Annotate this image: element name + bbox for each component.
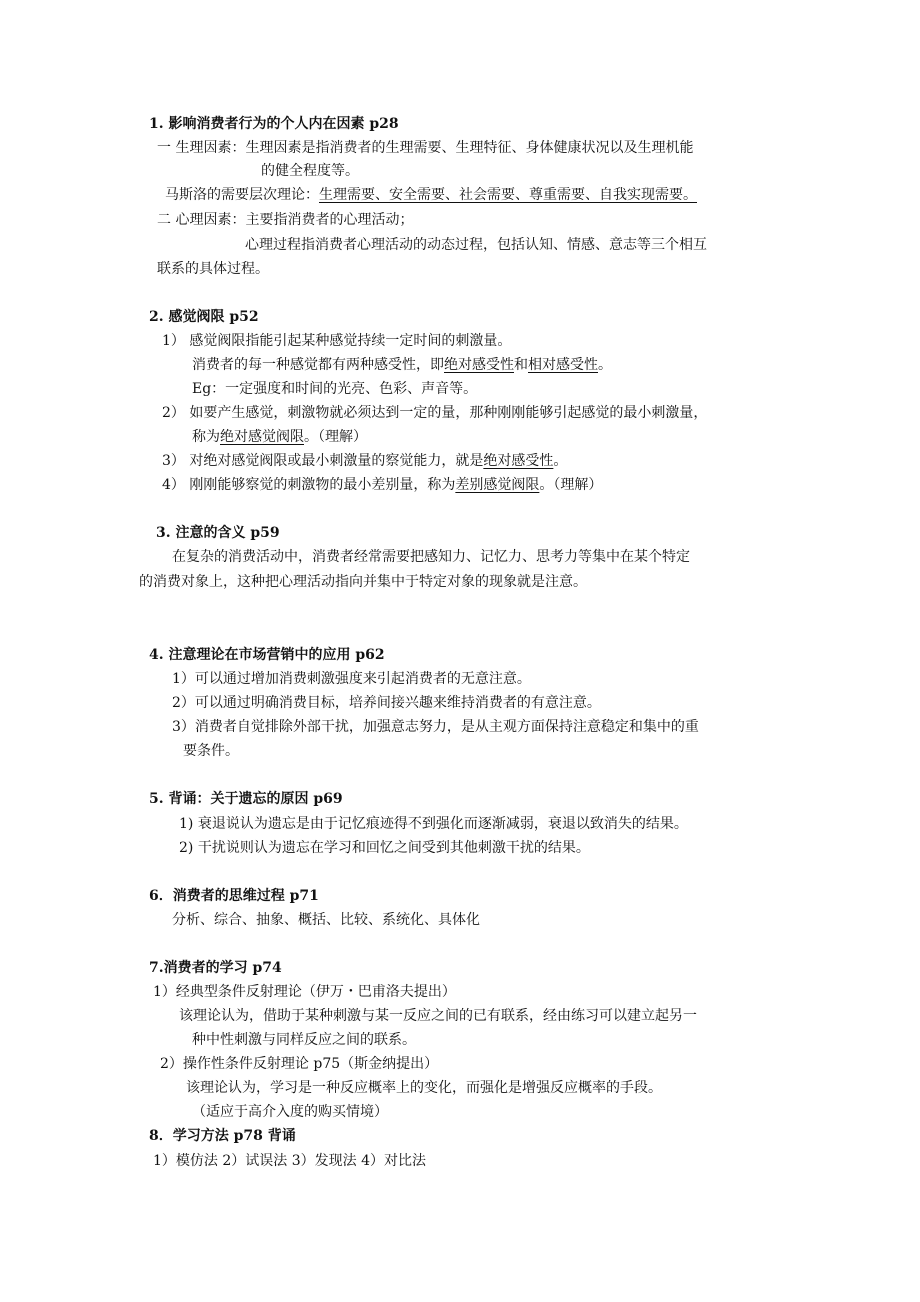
text: 。	[598, 357, 612, 373]
section-1-line-1: 一 生理因素：生理因素是指消费者的生理需要、生理特征、身体健康状况以及生理机能	[157, 138, 693, 158]
section-7-line-3: 种中性刺激与同样反应之间的联系。	[192, 1030, 416, 1050]
section-1-heading: 1. 影响消费者行为的个人内在因素 p28	[149, 114, 399, 134]
section-1-line-2: 的健全程度等。	[261, 161, 359, 181]
section-3-line-2: 的消费对象上，这种把心理活动指向并集中于特定对象的现象就是注意。	[139, 572, 587, 592]
section-5-line-1: 1) 衰退说认为遗忘是由于记忆痕迹得不到强化而逐渐减弱，衰退以致消失的结果。	[179, 814, 688, 834]
section-2-line-7: 4） 刚刚能够察觉的刺激物的最小差别量，称为差别感觉阀限。（理解）	[162, 475, 602, 495]
underlined-term: 差别感觉阀限	[455, 477, 539, 493]
section-3-line-1: 在复杂的消费活动中，消费者经常需要把感知力、记忆力、思考力等集中在某个特定	[172, 547, 690, 567]
section-7-line-6: （适应于高介入度的购买情境）	[192, 1102, 388, 1122]
section-5-heading: 5. 背诵：关于遗忘的原因 p69	[149, 789, 343, 809]
section-2-line-6: 3） 对绝对感觉阀限或最小刺激量的察觉能力，就是绝对感受性。	[162, 451, 567, 471]
section-1-line-6: 联系的具体过程。	[157, 259, 269, 279]
section-2-heading: 2. 感觉阀限 p52	[149, 307, 259, 327]
maslow-label: 马斯洛的需要层次理论：	[165, 187, 319, 203]
section-7-line-2: 该理论认为，借助于某种刺激与某一反应之间的已有联系，经由练习可以建立起另一	[179, 1006, 697, 1026]
section-7-line-4: 2）操作性条件反射理论 p75（斯金纳提出）	[160, 1054, 438, 1074]
section-1-line-3: 马斯洛的需要层次理论：生理需要、安全需要、社会需要、尊重需要、自我实现需要。	[165, 185, 697, 205]
text: 3） 对绝对感觉阀限或最小刺激量的察觉能力，就是	[162, 453, 483, 469]
underlined-term: 绝对感受性	[483, 453, 553, 469]
section-8-line-1: 1）模仿法 2）试误法 3）发现法 4）对比法	[153, 1151, 426, 1171]
text: 。（理解）	[304, 429, 367, 445]
underlined-term: 绝对感受性	[444, 357, 514, 373]
section-4-line-4: 要条件。	[183, 741, 239, 761]
section-6-line-1: 分析、综合、抽象、概括、比较、系统化、具体化	[172, 910, 480, 930]
section-4-line-1: 1）可以通过增加消费刺激强度来引起消费者的无意注意。	[172, 669, 531, 689]
text: 称为	[192, 429, 220, 445]
section-4-line-2: 2）可以通过明确消费目标，培养间接兴趣来维持消费者的有意注意。	[172, 693, 601, 713]
underlined-term: 绝对感觉阀限	[220, 429, 304, 445]
underlined-term: 相对感受性	[528, 357, 598, 373]
text: 消费者的每一种感觉都有两种感受性，即	[192, 357, 444, 373]
section-1-line-5: 心理过程指消费者心理活动的动态过程，包括认知、情感、意志等三个相互	[245, 235, 707, 255]
section-7-line-5: 该理论认为，学习是一种反应概率上的变化，而强化是增强反应概率的手段。	[186, 1078, 662, 1098]
text: 4） 刚刚能够察觉的刺激物的最小差别量，称为	[162, 477, 455, 493]
section-7-heading: 7.消费者的学习 p74	[149, 958, 282, 978]
section-2-line-4: 2） 如要产生感觉，刺激物就必须达到一定的量，那种刚刚能够引起感觉的最小刺激量，	[162, 403, 707, 423]
section-1-line-4: 二 心理因素：主要指消费者的心理活动；	[157, 210, 413, 230]
section-2-line-3: Eg：一定强度和时间的光亮、色彩、声音等。	[192, 379, 477, 399]
section-6-heading: 6．消费者的思维过程 p71	[149, 886, 319, 906]
section-8-heading: 8．学习方法 p78 背诵	[149, 1126, 296, 1146]
section-4-line-3: 3）消费者自觉排除外部干扰，加强意志努力，是从主观方面保持注意稳定和集中的重	[172, 717, 699, 737]
section-7-line-1: 1）经典型条件反射理论（伊万・巴甫洛夫提出）	[153, 982, 456, 1002]
text: 。	[553, 453, 567, 469]
section-2-line-2: 消费者的每一种感觉都有两种感受性，即绝对感受性和相对感受性。	[192, 355, 612, 375]
section-2-line-5: 称为绝对感觉阀限。（理解）	[192, 427, 367, 447]
section-5-line-2: 2) 干扰说则认为遗忘在学习和回忆之间受到其他刺激干扰的结果。	[179, 838, 590, 858]
text: 和	[514, 357, 528, 373]
section-3-heading: 3. 注意的含义 p59	[156, 523, 280, 543]
maslow-needs-underlined: 生理需要、安全需要、社会需要、尊重需要、自我实现需要。	[319, 187, 697, 203]
text: 。（理解）	[539, 477, 602, 493]
section-2-line-1: 1） 感觉阀限指能引起某种感觉持续一定时间的刺激量。	[162, 331, 511, 351]
section-4-heading: 4. 注意理论在市场营销中的应用 p62	[149, 645, 385, 665]
